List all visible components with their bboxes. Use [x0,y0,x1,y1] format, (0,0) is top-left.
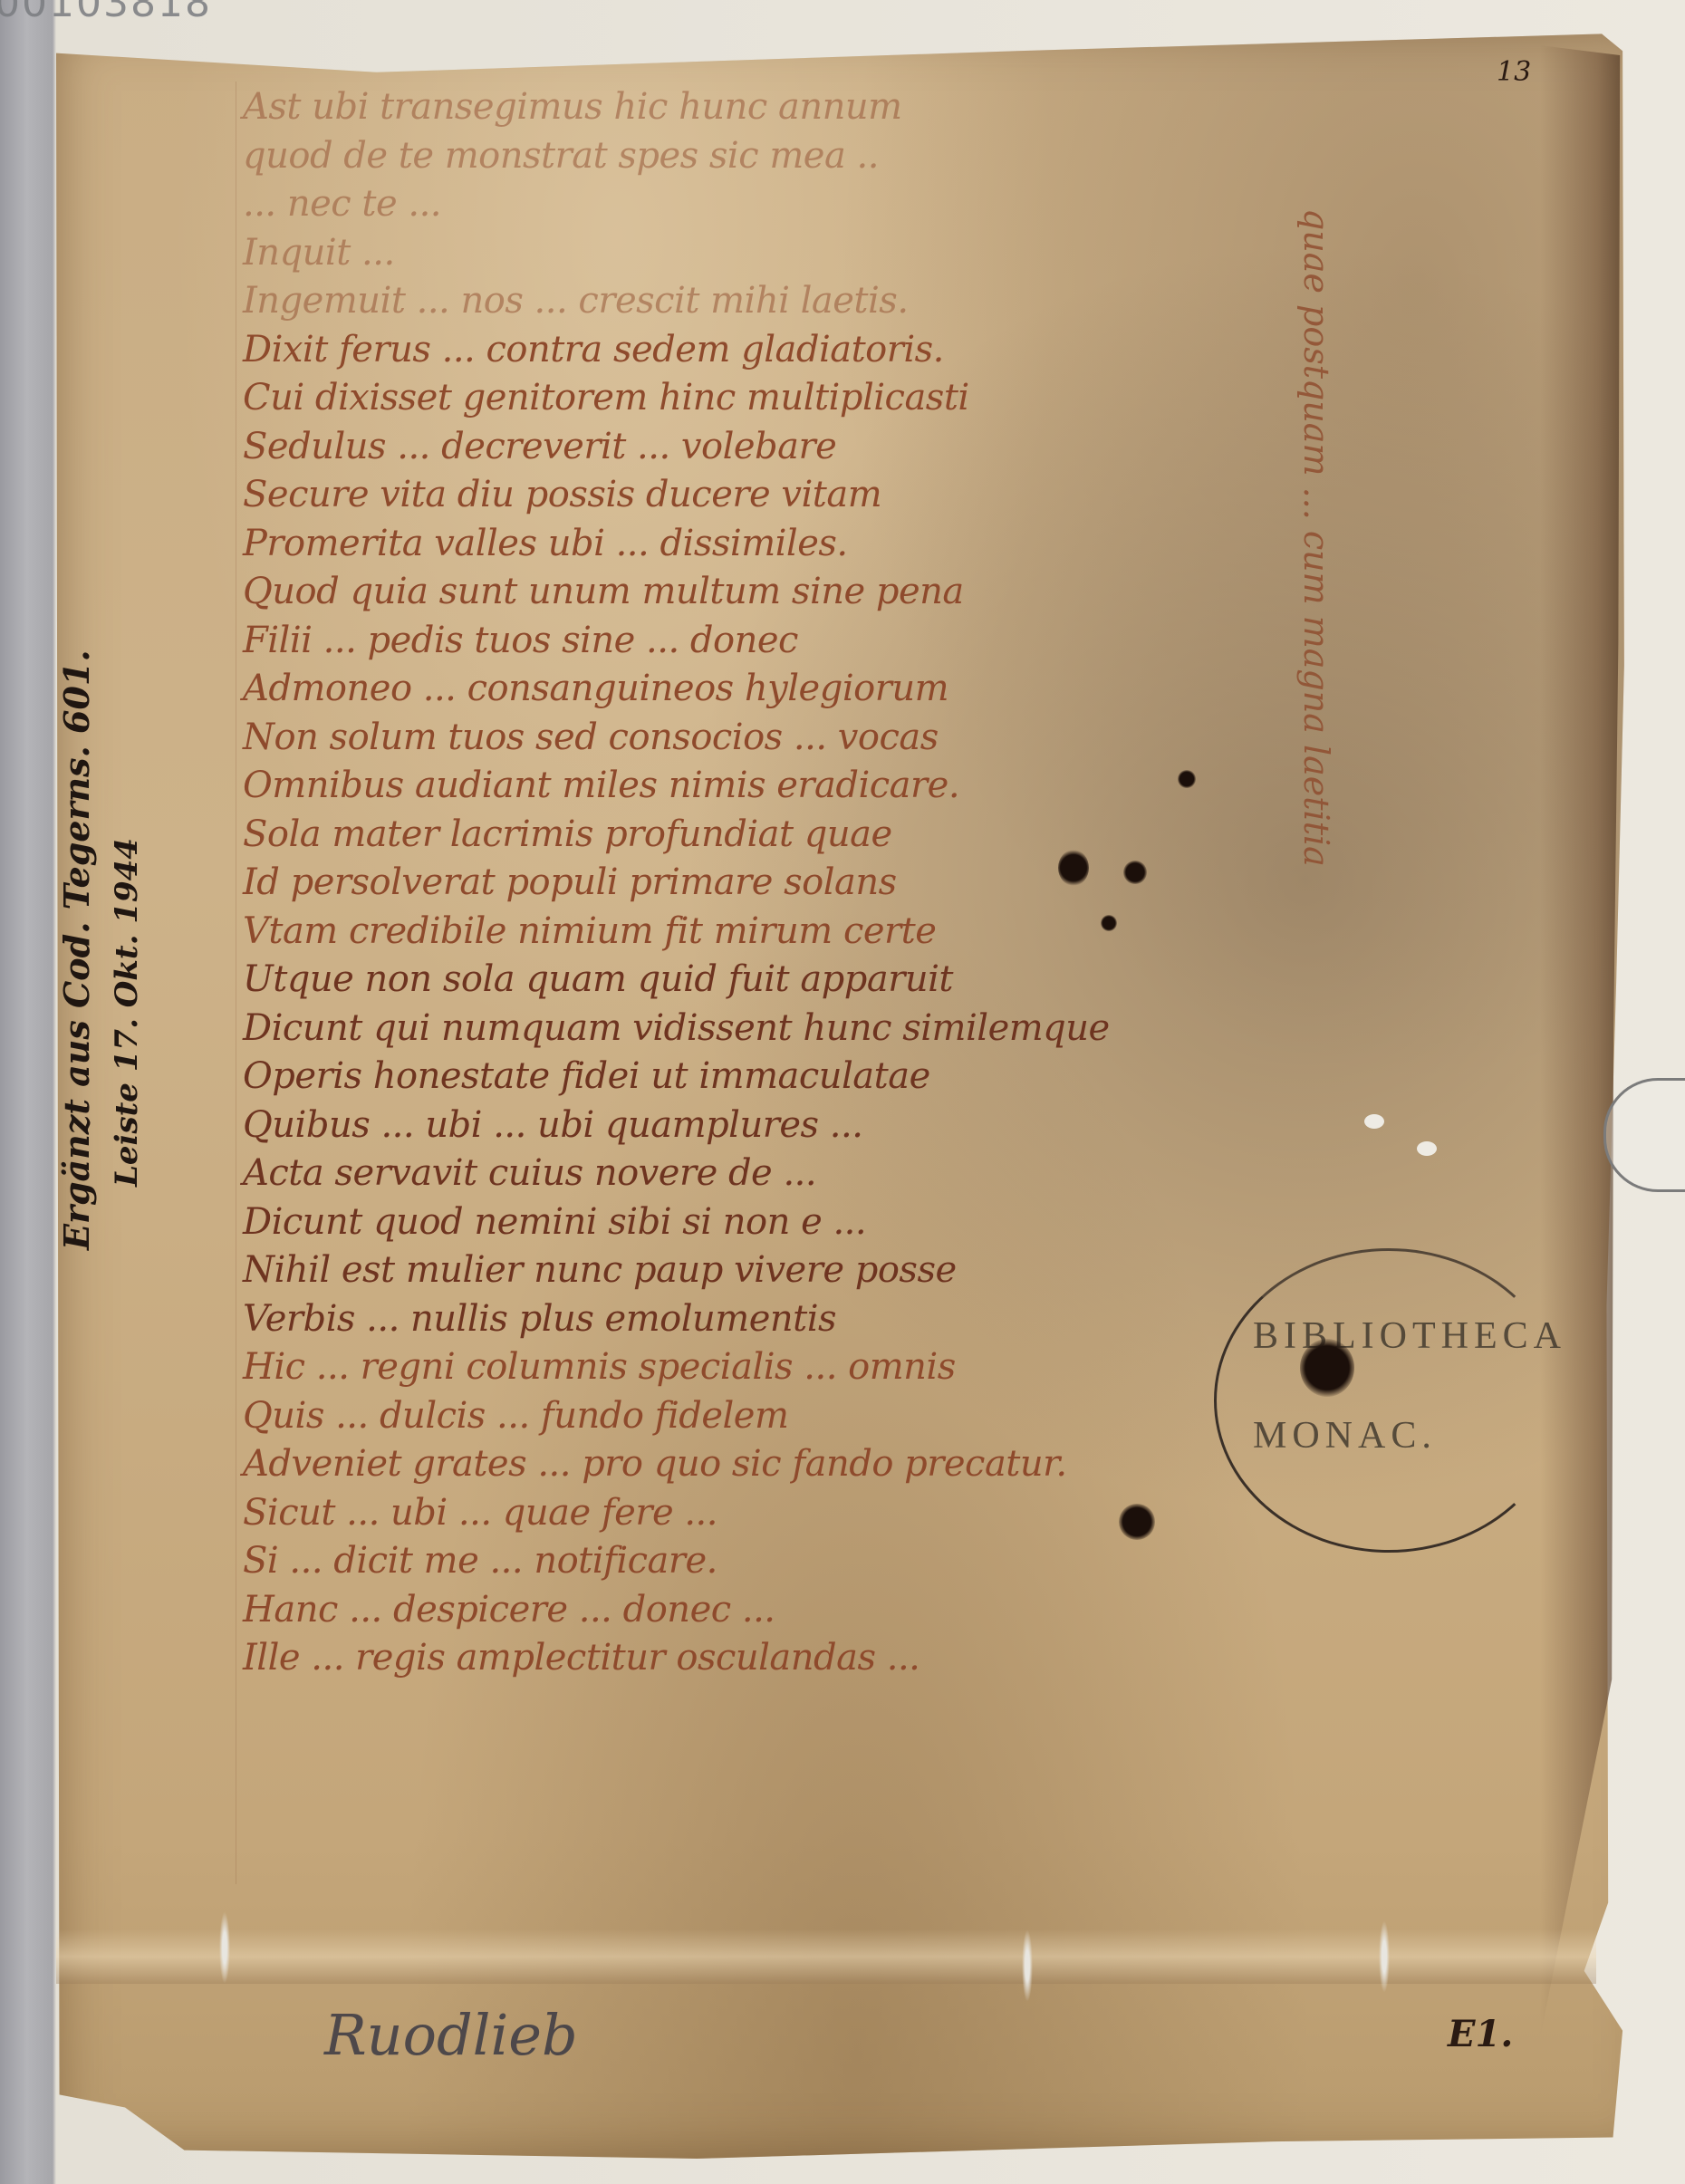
ink-blot [1101,915,1117,931]
folio-number: 13 [1497,56,1531,88]
manuscript-line: Nihil est mulier nunc paup vivere posse [243,1246,1439,1295]
manuscript-line: Acta servavit cuius novere de ... [243,1150,1439,1198]
ink-blot [1123,861,1147,884]
manuscript-line: ... nec te ... [243,180,1439,229]
fold-band [56,1929,1596,1984]
manuscript-line: Admoneo ... consanguineos hylegiorum [243,665,1439,714]
manuscript-line: Si ... dicit me ... notificare. [243,1537,1439,1586]
archival-note-left-2: Leiste 17. Okt. 1944 [109,838,145,1187]
manuscript-line: Sola mater lacrimis profundiat quae [243,811,1439,860]
ink-blot [1058,850,1089,886]
manuscript-line: Id persolverat populi primare solans [243,859,1439,908]
stamp-top-text: BIBLIOTHECA [1253,1314,1566,1358]
scan-id-label: 00103818 [0,0,212,26]
manuscript-line: Dicunt quod nemini sibi si non e ... [243,1198,1439,1247]
manuscript-line: Ast ubi transegimus hic hunc annum [243,83,1439,132]
ink-blot [1119,1504,1155,1540]
stitch-hole [1379,1920,1390,1993]
manuscript-line: Secure vita diu possis ducere vitam [243,471,1439,520]
title-note: Ruodlieb [324,2002,578,2068]
manuscript-line: Filii ... pedis tuos sine ... donec [243,617,1439,666]
manuscript-line: Vtam credibile nimium fit mirum certe [243,908,1439,957]
library-stamp: BIBLIOTHECA MONAC. [1214,1248,1564,1553]
worm-hole [1417,1141,1437,1156]
stamp-bottom-text: MONAC. [1253,1414,1437,1458]
stitch-hole [219,1911,230,1984]
manuscript-line: Ille ... regis amplectitur osculandas ..… [243,1634,1439,1683]
shelfmark: E1. [1448,2013,1513,2055]
manuscript-line: Non solum tuos sed consocios ... vocas [243,714,1439,763]
manuscript-line: Sedulus ... decreverit ... volebare [243,423,1439,472]
manuscript-line: Promerita valles ubi ... dissimiles. [243,520,1439,569]
manuscript-line: Inquit ... [243,229,1439,278]
worm-hole [1364,1114,1384,1129]
manuscript-line: Quibus ... ubi ... ubi quamplures ... [243,1102,1439,1150]
manuscript-line: Operis honestate fidei ut immaculatae [243,1053,1439,1102]
ink-blot [1178,770,1196,788]
manuscript-line: quod de te monstrat spes sic mea .. [243,132,1439,181]
manuscript-line: Quod quia sunt unum multum sine pena [243,568,1439,617]
stitch-hole [1022,1929,1033,2002]
manuscript-line: Dicunt qui numquam vidissent hunc simile… [243,1005,1439,1054]
manuscript-line: Dixit ferus ... contra sedem gladiatoris… [243,326,1439,375]
ink-blot [1300,1339,1354,1397]
manuscript-line: Omnibus audiant miles nimis eradicare. [243,762,1439,811]
manuscript-line: Ingemuit ... nos ... crescit mihi laetis… [243,277,1439,326]
archival-note-left: Ergänzt aus Cod. Tegerns. 601. [56,649,97,1250]
manuscript-line: Hanc ... despicere ... donec ... [243,1586,1439,1635]
manuscript-line: Utque non sola quam quid fuit apparuit [243,956,1439,1005]
manuscript-line: Cui dixisset genitorem hinc multiplicast… [243,374,1439,423]
